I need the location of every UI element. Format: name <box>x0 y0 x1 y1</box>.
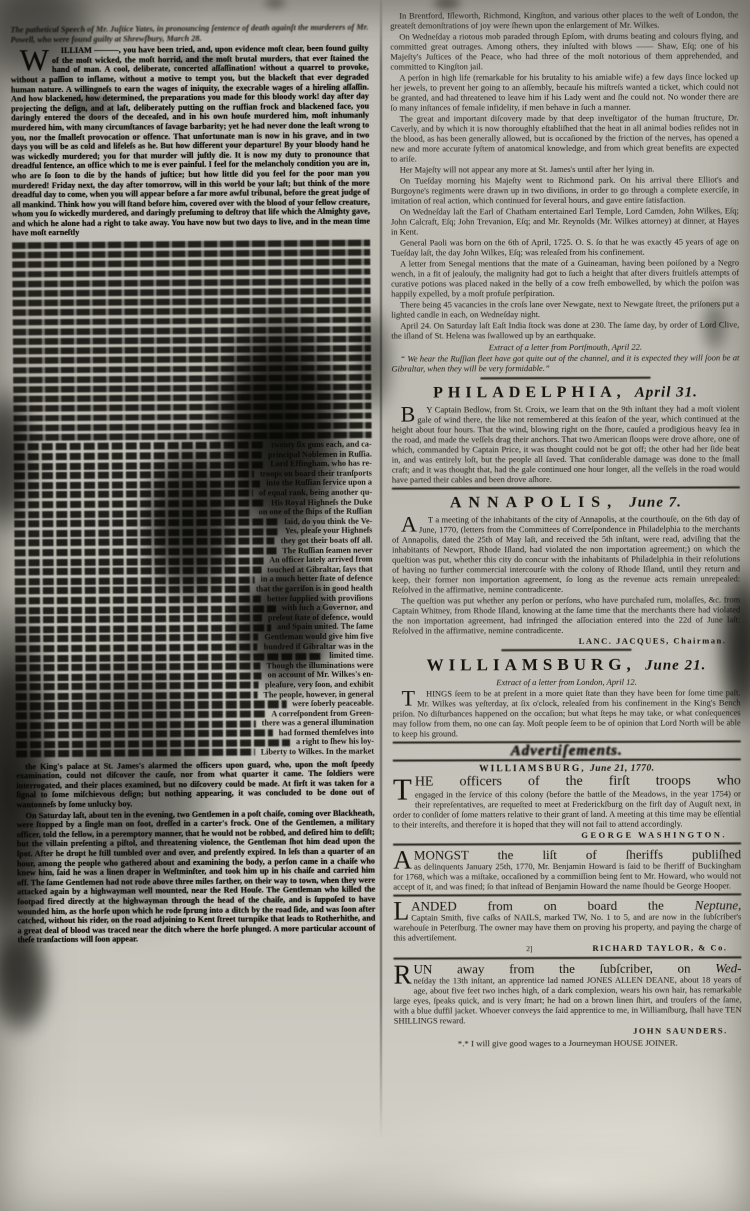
advertisements-bottom-rule <box>393 758 741 761</box>
saunders-signature: JOHN SAUNDERS. <box>394 1025 742 1036</box>
williamsburg-headline: WILLIAMSBURG, June 21. <box>392 655 740 675</box>
fragment-text: limited time. <box>329 651 373 661</box>
ad-lead-line: THE officers of the firſt troops who <box>393 774 741 789</box>
fragment-text: a right to ſhew his loy- <box>296 737 374 747</box>
left-column: The pathetical Speech of Mr. Juſtice Yat… <box>10 23 375 947</box>
fragment-line: Liberty to Wilkes. In the market <box>16 747 374 759</box>
smudged-text-bar <box>16 749 255 758</box>
ad-lead-italic: Wed- <box>715 960 741 975</box>
drop-cap-a: A <box>392 515 419 534</box>
dateline-date: June 7. <box>629 495 682 511</box>
illegible-smudged-text-region <box>12 240 372 443</box>
annapolis-headline: ANNAPOLIS, June 7. <box>392 493 740 512</box>
ad-runaway-apprentice: RUN away from the ſubſcriber, on Wed- ne… <box>394 961 742 1048</box>
reference-mark: 2] <box>526 944 592 953</box>
williamsburg-body: THINGS ſeem to be at preſent in a more q… <box>393 687 741 738</box>
london-extract-subhead: Extract of a letter from London, April 1… <box>393 676 741 687</box>
speech-paragraph: WILLIAM ———, you have been tried, and, u… <box>11 44 370 239</box>
paper-stain <box>430 1150 690 1210</box>
drop-cap-t: T <box>393 689 418 708</box>
ad-rule <box>393 893 741 896</box>
taylor-signature: 2]RICHARD TAYLOR, & Co. <box>393 942 741 954</box>
philadelphia-headline: PHILADELPHIA, April 31. <box>391 383 739 402</box>
ad-landed-nails: LANDED from on board the Neptune, Captai… <box>393 898 741 954</box>
paper-stain <box>80 1110 400 1190</box>
left-bottom-paragraphs: the King's palace at St. James's alarmed… <box>16 759 375 945</box>
ad-officers-meeting: THE officers of the firſt troops who eng… <box>393 774 741 840</box>
news-item: On Tueſday morning his Majeſty went to R… <box>391 174 739 205</box>
city-name: PHILADELPHIA, <box>433 384 626 402</box>
ad-lead-line: LANDED from on board the Neptune, <box>393 898 741 912</box>
news-item: A perſon in high life (remarkable for hi… <box>390 71 738 112</box>
williamsburg-text: HINGS ſeem to be at preſent in a more qu… <box>393 687 741 738</box>
speech-text: ILLIAM ———, you have been tried, and, up… <box>11 44 370 238</box>
right-column: In Brentford, Iſleworth, Richmond, Kingſ… <box>390 9 742 1049</box>
ad-lead-italic: Neptune, <box>695 897 742 912</box>
section-rule <box>392 486 740 489</box>
dateline-city: WILLIAMSBURG, <box>479 764 586 774</box>
city-name: WILLIAMSBURG, <box>427 655 636 675</box>
portsmouth-quote: “ We hear the Ruſſian fleet have got qui… <box>391 352 739 373</box>
dateline-date: June 21. <box>645 658 706 674</box>
dateline-date: April 31. <box>635 385 698 401</box>
advertisements-heading: Advertiſements. <box>393 745 741 756</box>
ad-lead-line: RUN away from the ſubſcriber, on Wed- <box>394 961 742 975</box>
news-item: On Wedneſday laſt the Earl of Chatham en… <box>391 205 739 236</box>
ad-lead-text: HE officers of the firſt troops who <box>415 773 741 789</box>
news-item: A letter from Senegal mentions that the … <box>391 257 739 298</box>
section-rule <box>480 377 650 380</box>
ad-lead-line: AMONGST the liſt of ſheriffs publiſhed <box>393 847 741 861</box>
ink-spot <box>262 0 288 10</box>
house-joiner-footnote: *.* I will give good wages to a Journeym… <box>394 1037 742 1048</box>
ad-rule <box>393 956 741 959</box>
fragment-lines: twenty ſix guns each, and ca- principal … <box>14 440 374 759</box>
signal-paragraph: the King's palace at St. James's alarmed… <box>16 759 374 810</box>
news-item: In Brentford, Iſleworth, Richmond, Kingſ… <box>390 9 738 30</box>
section-rule <box>501 649 631 651</box>
news-item: Her Majeſty will not appear any more at … <box>391 163 739 174</box>
blackheath-robbery-paragraph: On Saturday laſt, about ten in the eveni… <box>17 808 376 945</box>
annapolis-text: T a meeting of the inhabitants of the ci… <box>392 513 740 594</box>
philadelphia-body: BY Captain Bedlow, from St. Croix, we le… <box>392 403 740 484</box>
ad-body: as delinquents January 25th, 1770, Mr. B… <box>393 860 741 891</box>
speech-intro-italic: The pathetical Speech of Mr. Juſtice Yat… <box>10 23 368 45</box>
news-item: The great and important diſcovery made b… <box>391 112 739 163</box>
ad-sheriffs-correction: AMONGST the liſt of ſheriffs publiſhed a… <box>393 847 741 891</box>
column-divider-rule <box>380 0 382 1138</box>
signature-text: RICHARD TAYLOR, & Co. <box>592 942 727 952</box>
news-item: April 24. On Saturday laſt Eaſt India ſt… <box>391 319 739 340</box>
annapolis-body-2: The queſtion was put whether any perſon … <box>392 594 740 635</box>
london-news: In Brentford, Iſleworth, Richmond, Kingſ… <box>390 9 739 340</box>
drop-cap-w: W <box>11 46 52 73</box>
city-name: ANNAPOLIS, <box>450 494 618 512</box>
ad-body: neſday the 13th inſtant, an apprentice l… <box>394 974 742 1025</box>
ad-body: Captain Smith, five caſks of NAILS, mark… <box>393 911 741 942</box>
news-item: There being 45 vacancies in the croſs la… <box>391 298 739 319</box>
ad-rule <box>393 842 741 845</box>
washington-signature: GEORGE WASHINGTON. <box>393 829 741 840</box>
portsmouth-extract-heading: Extract of a letter from Portſmouth, Apr… <box>391 341 739 352</box>
drop-cap-b: B <box>392 405 418 424</box>
philadelphia-text: Y Captain Bedlow, from St. Croix, we lea… <box>392 403 740 484</box>
news-item: General Paoli was born on the 6th of Apr… <box>391 236 739 257</box>
newspaper-page: The pathetical Speech of Mr. Juſtice Yat… <box>0 0 750 1211</box>
ad-body: engaged in the ſervice of this colony (b… <box>393 788 741 829</box>
annapolis-body: AT a meeting of the inhabitants of the c… <box>392 513 740 594</box>
chairman-signature: LANC. JACQUES, Chairman. <box>392 635 740 646</box>
dateline-date: June 21, 1770. <box>590 764 655 774</box>
fragment-text: Liberty to Wilkes. In the market <box>261 747 374 757</box>
news-item: On Wedneſday a riotous mob paraded throu… <box>390 30 738 71</box>
